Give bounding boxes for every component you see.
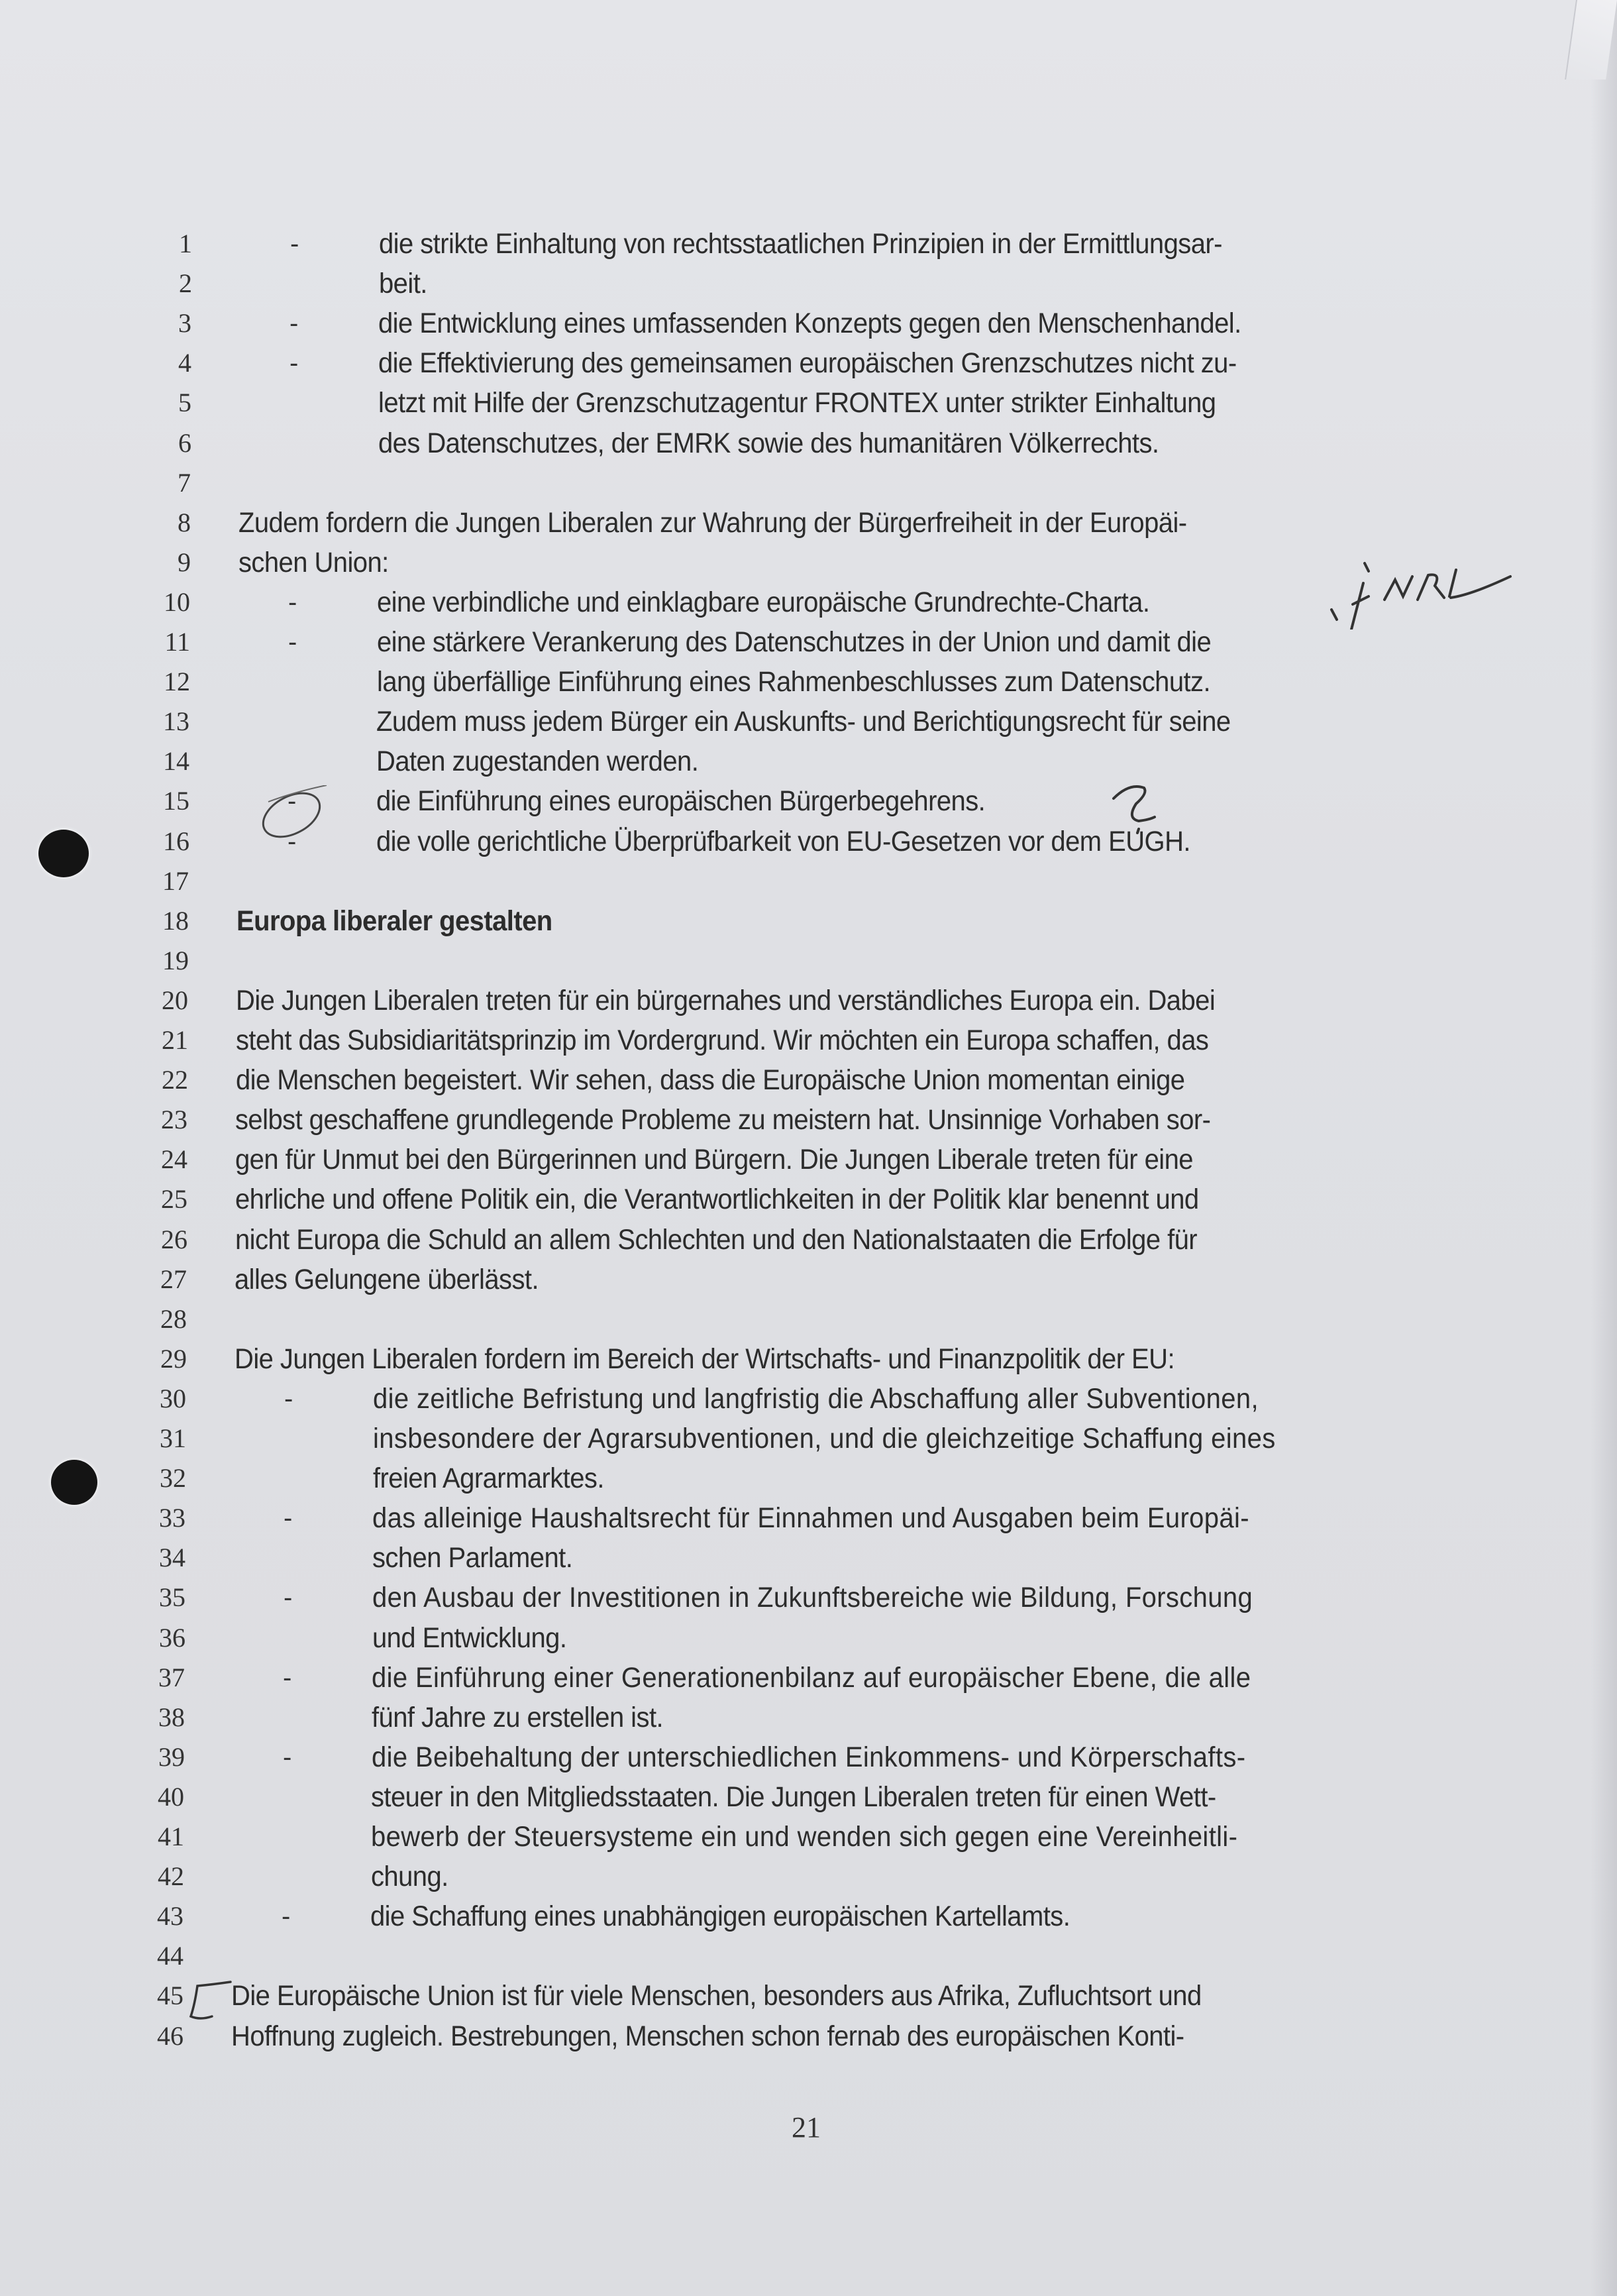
line-number: 18 — [109, 901, 189, 941]
line-number: 1 — [113, 224, 192, 264]
document-line: 15-die Einführung eines europäischen Bür… — [0, 781, 1617, 821]
document-line: 14Daten zugestanden werden. — [0, 741, 1617, 781]
line-number: 27 — [107, 1260, 187, 1299]
document-line: 3-die Entwicklung eines umfassenden Konz… — [0, 303, 1617, 343]
bullet-dash: - — [283, 1737, 291, 1777]
line-number: 46 — [104, 2016, 183, 2056]
line-number: 14 — [110, 741, 189, 781]
line-text: bewerb der Steuersysteme ein und wenden … — [371, 1817, 1237, 1857]
line-number: 29 — [107, 1339, 187, 1379]
document-line: 24gen für Unmut bei den Bürgerinnen und … — [0, 1140, 1617, 1179]
bullet-dash: - — [288, 622, 297, 662]
bullet-dash: - — [284, 1498, 292, 1538]
document-line: 39-die Beibehaltung der unterschiedliche… — [0, 1737, 1617, 1777]
line-number: 13 — [110, 702, 189, 741]
bullet-dash: - — [284, 1379, 293, 1419]
line-text: die zeitliche Befristung und langfristig… — [373, 1379, 1259, 1419]
line-number: 21 — [109, 1020, 188, 1060]
document-line: 43-die Schaffung eines unabhängigen euro… — [0, 1896, 1617, 1936]
document-line: 37-die Einführung einer Generationenbila… — [0, 1658, 1617, 1698]
bullet-dash: - — [282, 1896, 290, 1936]
line-number: 8 — [111, 503, 191, 543]
document-line: 38fünf Jahre zu erstellen ist. — [0, 1698, 1617, 1737]
line-number: 44 — [104, 1936, 183, 1976]
document-line: 26nicht Europa die Schuld an allem Schle… — [0, 1220, 1617, 1260]
line-text: die Einführung eines europäischen Bürger… — [376, 781, 985, 821]
line-number: 11 — [111, 622, 190, 662]
line-text: und Entwicklung. — [372, 1618, 566, 1658]
line-number: 10 — [111, 582, 190, 622]
line-text: Zudem muss jedem Bürger ein Auskunfts- u… — [376, 702, 1231, 741]
document-line: 23selbst geschaffene grundlegende Proble… — [0, 1100, 1617, 1140]
line-text: Die Europäische Union ist für viele Mens… — [231, 1976, 1202, 2016]
line-text: die Effektivierung des gemeinsamen europ… — [378, 343, 1237, 383]
line-text: gen für Unmut bei den Bürgerinnen und Bü… — [235, 1140, 1193, 1179]
bullet-dash: - — [289, 343, 298, 383]
line-number: 17 — [109, 861, 189, 901]
line-text: ehrliche und offene Politik ein, die Ver… — [235, 1179, 1199, 1219]
line-text: steuer in den Mitgliedsstaaten. Die Jung… — [371, 1777, 1216, 1817]
line-text: die Schaffung eines unabhängigen europäi… — [370, 1896, 1070, 1936]
line-text: Hoffnung zugleich. Bestrebungen, Mensche… — [231, 2016, 1184, 2056]
document-line: 20Die Jungen Liberalen treten für ein bü… — [0, 981, 1617, 1020]
document-line: 16-die volle gerichtliche Überprüfbarkei… — [0, 822, 1617, 861]
document-line: 35-den Ausbau der Investitionen in Zukun… — [0, 1578, 1617, 1617]
line-number: 36 — [106, 1618, 185, 1658]
line-text: selbst geschaffene grundlegende Probleme… — [235, 1100, 1210, 1140]
document-line: 33-das alleinige Haushaltsrecht für Einn… — [0, 1498, 1617, 1538]
line-number: 39 — [105, 1737, 185, 1777]
line-number: 30 — [107, 1379, 186, 1419]
document-line: 8Zudem fordern die Jungen Liberalen zur … — [0, 503, 1617, 543]
document-line: 5letzt mit Hilfe der Grenzschutzagentur … — [0, 383, 1617, 423]
line-text: letzt mit Hilfe der Grenzschutzagentur F… — [378, 383, 1216, 423]
line-number: 37 — [105, 1658, 185, 1698]
line-number: 5 — [112, 383, 191, 423]
document-line: 13Zudem muss jedem Bürger ein Auskunfts-… — [0, 702, 1617, 741]
line-text: das alleinige Haushaltsrecht für Einnahm… — [372, 1498, 1249, 1538]
line-text: chung. — [371, 1857, 448, 1896]
line-text: die Einführung einer Generationenbilanz … — [372, 1658, 1251, 1698]
document-line: 27alles Gelungene überlässt. — [0, 1260, 1617, 1299]
document-line: 2beit. — [0, 264, 1617, 303]
line-text: nicht Europa die Schuld an allem Schlech… — [235, 1220, 1197, 1260]
line-number: 42 — [105, 1857, 184, 1896]
document-line: 17 — [0, 861, 1617, 901]
line-number: 24 — [108, 1140, 187, 1179]
document-line: 4-die Effektivierung des gemeinsamen eur… — [0, 343, 1617, 383]
line-text: die strikte Einhaltung von rechtsstaatli… — [379, 224, 1222, 264]
line-text: beit. — [379, 264, 427, 303]
line-text: die Entwicklung eines umfassenden Konzep… — [378, 303, 1241, 343]
document-line: 7 — [0, 463, 1617, 503]
line-number: 22 — [109, 1060, 188, 1100]
document-line: 21steht das Subsidiaritätsprinzip im Vor… — [0, 1020, 1617, 1060]
line-text: steht das Subsidiaritätsprinzip im Vorde… — [236, 1020, 1208, 1060]
bracket-mark-icon — [185, 1978, 232, 2024]
document-line: 22die Menschen begeistert. Wir sehen, da… — [0, 1060, 1617, 1100]
line-text: die volle gerichtliche Überprüfbarkeit v… — [376, 822, 1190, 861]
line-number: 20 — [109, 981, 188, 1020]
line-number: 23 — [108, 1100, 187, 1140]
line-number: 25 — [108, 1179, 187, 1219]
line-text: freien Agrarmarktes. — [373, 1458, 604, 1498]
line-text: Die Jungen Liberalen fordern im Bereich … — [235, 1339, 1174, 1379]
line-text: schen Parlament. — [372, 1538, 572, 1578]
line-number: 43 — [104, 1896, 183, 1936]
line-text: Daten zugestanden werden. — [376, 741, 698, 781]
section-heading: Europa liberaler gestalten — [236, 901, 552, 941]
line-number: 7 — [111, 463, 191, 503]
question-mark-icon — [1110, 779, 1163, 838]
line-text: fünf Jahre zu erstellen ist. — [372, 1698, 663, 1737]
line-number: 31 — [107, 1419, 186, 1458]
document-line: 25ehrliche und offene Politik ein, die V… — [0, 1179, 1617, 1219]
document-line: 29Die Jungen Liberalen fordern im Bereic… — [0, 1339, 1617, 1379]
document-line: 28 — [0, 1299, 1617, 1339]
document-line: 41bewerb der Steuersysteme ein und wende… — [0, 1817, 1617, 1857]
document-line: 42chung. — [0, 1857, 1617, 1896]
document-line: 19 — [0, 941, 1617, 981]
line-text: die Menschen begeistert. Wir sehen, dass… — [236, 1060, 1185, 1100]
line-number: 4 — [112, 343, 191, 383]
line-number: 26 — [108, 1220, 187, 1260]
margin-note-scribble-icon — [1312, 557, 1524, 629]
line-number: 6 — [112, 423, 191, 463]
document-line: 31insbesondere der Agrarsubventionen, un… — [0, 1419, 1617, 1458]
document-line: 30-die zeitliche Befristung und langfris… — [0, 1379, 1617, 1419]
line-text: alles Gelungene überlässt. — [235, 1260, 539, 1299]
line-text: den Ausbau der Investitionen in Zukunfts… — [372, 1578, 1253, 1617]
line-number: 12 — [111, 662, 190, 702]
bullet-dash: - — [283, 1658, 291, 1698]
bullet-dash: - — [290, 224, 299, 264]
document-line: 46Hoffnung zugleich. Bestrebungen, Mensc… — [0, 2016, 1617, 2056]
line-number: 33 — [106, 1498, 185, 1538]
line-text: die Beibehaltung der unterschiedlichen E… — [372, 1737, 1245, 1777]
document-line: 44 — [0, 1936, 1617, 1976]
line-text: des Datenschutzes, der EMRK sowie des hu… — [378, 423, 1159, 463]
line-text: Zudem fordern die Jungen Liberalen zur W… — [238, 503, 1187, 543]
line-number: 34 — [106, 1538, 185, 1578]
line-number: 28 — [107, 1299, 187, 1339]
line-number: 15 — [110, 781, 189, 821]
document-line: 34schen Parlament. — [0, 1538, 1617, 1578]
line-number: 35 — [106, 1578, 185, 1617]
line-text: eine verbindliche und einklagbare europä… — [377, 582, 1149, 622]
line-number: 38 — [105, 1698, 185, 1737]
line-number: 2 — [113, 264, 192, 303]
line-text: eine stärkere Verankerung des Datenschut… — [377, 622, 1211, 662]
line-number: 32 — [107, 1458, 186, 1498]
line-number: 9 — [111, 543, 191, 582]
document-line: 40steuer in den Mitgliedsstaaten. Die Ju… — [0, 1777, 1617, 1817]
circle-mark-icon — [255, 785, 328, 845]
document-line: 45Die Europäische Union ist für viele Me… — [0, 1976, 1617, 2016]
bullet-dash: - — [284, 1578, 292, 1617]
document-line: 18Europa liberaler gestalten — [0, 901, 1617, 941]
line-number: 16 — [110, 822, 189, 861]
line-number: 45 — [104, 1976, 183, 2016]
line-text: lang überfällige Einführung eines Rahmen… — [377, 662, 1210, 702]
document-line: 36und Entwicklung. — [0, 1618, 1617, 1658]
line-number: 41 — [105, 1817, 184, 1857]
document-line: 12lang überfällige Einführung eines Rahm… — [0, 662, 1617, 702]
line-text: schen Union: — [238, 543, 389, 582]
line-text: Die Jungen Liberalen treten für ein bürg… — [236, 981, 1215, 1020]
page-number: 21 — [792, 2110, 821, 2144]
document-line: 6des Datenschutzes, der EMRK sowie des h… — [0, 423, 1617, 463]
line-number: 19 — [109, 941, 189, 981]
document-line: 1-die strikte Einhaltung von rechtsstaat… — [0, 224, 1617, 264]
bullet-dash: - — [288, 582, 297, 622]
bullet-dash: - — [289, 303, 298, 343]
line-number: 3 — [112, 303, 191, 343]
line-number: 40 — [105, 1777, 184, 1817]
document-line: 32freien Agrarmarktes. — [0, 1458, 1617, 1498]
line-text: insbesondere der Agrarsubventionen, und … — [373, 1419, 1276, 1458]
